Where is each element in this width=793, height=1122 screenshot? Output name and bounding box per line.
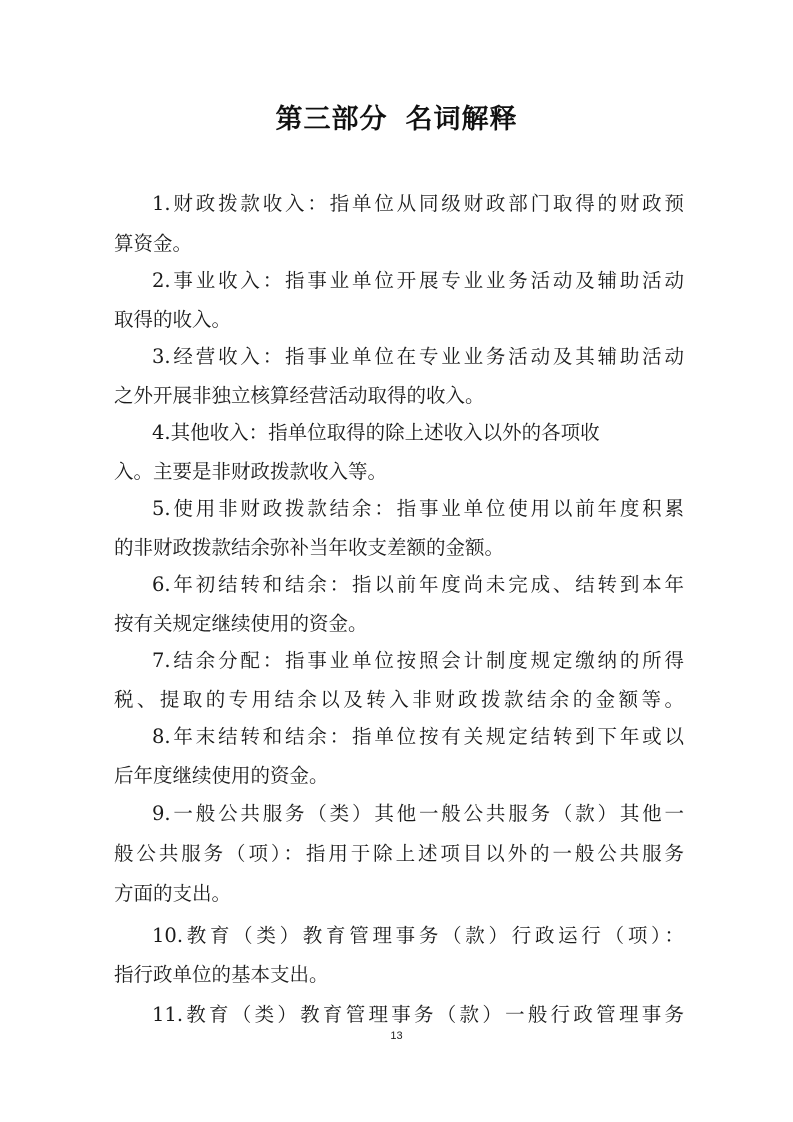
text-line: 的非财政拨款结余弥补当年收支差额的金额。 <box>114 532 684 560</box>
text-line: 方面的支出。 <box>114 878 684 906</box>
text-line: 1.财政拨款收入：指单位从同级财政部门取得的财政预 <box>152 188 684 216</box>
text-line: 入。主要是非财政拨款收入等。 <box>114 456 684 484</box>
text-line: 4.其他收入：指单位取得的除上述收入以外的各项收 <box>152 417 684 445</box>
title-name: 名词解释 <box>406 104 518 135</box>
page-title: 第三部分名词解释 <box>0 97 793 136</box>
text-line: 2.事业收入：指事业单位开展专业业务活动及辅助活动 <box>152 265 684 293</box>
text-line: 指行政单位的基本支出。 <box>114 959 684 987</box>
text-line: 10.教育（类）教育管理事务（款）行政运行（项）： <box>152 920 684 948</box>
text-line: 7.结余分配：指事业单位按照会计制度规定缴纳的所得 <box>152 645 684 673</box>
document-page: 第三部分名词解释 1.财政拨款收入：指单位从同级财政部门取得的财政预算资金。2.… <box>0 0 793 1122</box>
text-line: 取得的收入。 <box>114 304 684 332</box>
title-part: 第三部分 <box>276 104 388 135</box>
text-line: 按有关规定继续使用的资金。 <box>114 608 684 636</box>
text-line: 之外开展非独立核算经营活动取得的收入。 <box>114 380 684 408</box>
text-line: 6.年初结转和结余：指以前年度尚未完成、结转到本年 <box>152 569 684 597</box>
page-number: 13 <box>0 1030 793 1042</box>
text-line: 后年度继续使用的资金。 <box>114 760 684 788</box>
text-line: 11.教育（类）教育管理事务（款）一般行政管理事务 <box>152 999 684 1027</box>
text-line: 8.年末结转和结余：指单位按有关规定结转到下年或以 <box>152 721 684 749</box>
text-line: 5.使用非财政拨款结余：指事业单位使用以前年度积累 <box>152 493 684 521</box>
text-line: 般公共服务（项）：指用于除上述项目以外的一般公共服务 <box>114 838 684 866</box>
text-line: 9.一般公共服务（类）其他一般公共服务（款）其他一 <box>152 798 684 826</box>
text-line: 算资金。 <box>114 228 684 256</box>
text-line: 税、提取的专用结余以及转入非财政拨款结余的金额等。 <box>114 684 684 712</box>
text-line: 3.经营收入：指事业单位在专业业务活动及其辅助活动 <box>152 341 684 369</box>
